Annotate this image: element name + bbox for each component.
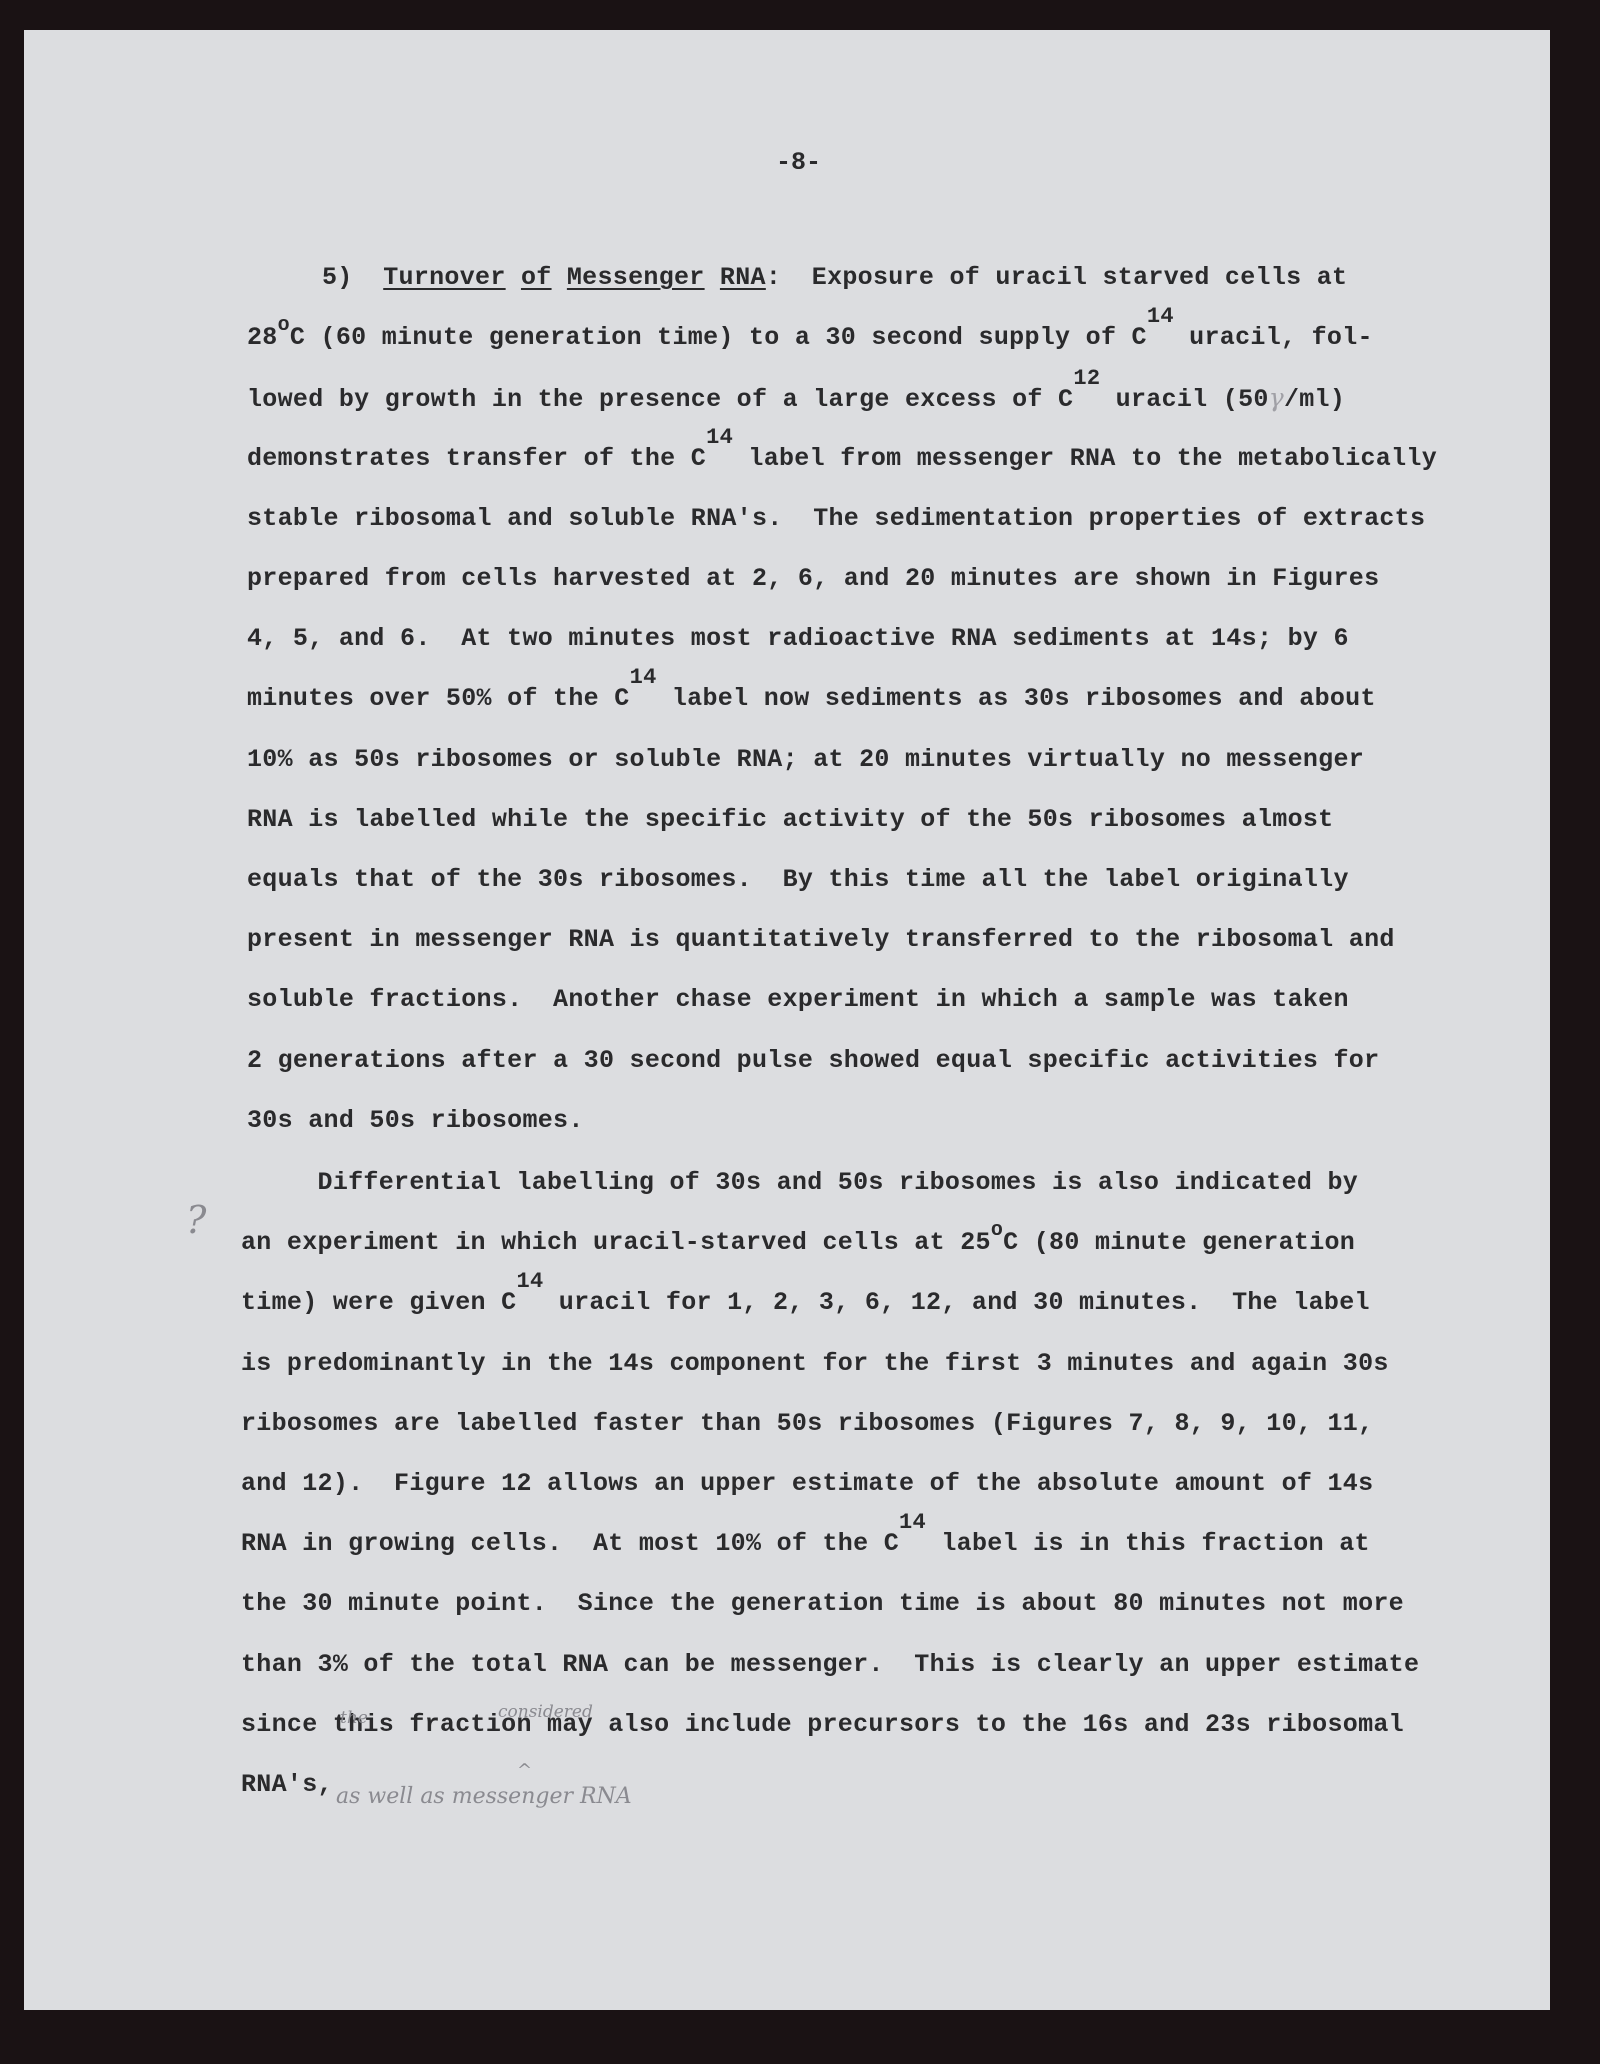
isotope-superscript: 14 [899, 1510, 926, 1535]
text: uracil, fol- [1174, 323, 1373, 352]
text: uracil for 1, 2, 3, 6, 12, and 30 minute… [543, 1288, 1369, 1317]
paragraph2-line: RNA's, [241, 1772, 333, 1797]
handwritten-insert-the: the [340, 1708, 368, 1728]
paragraph1-line: 2 generations after a 30 second pulse sh… [247, 1048, 1379, 1073]
section-title-colon: : [766, 263, 781, 292]
paragraph1-line: demonstrates transfer of the C14 label f… [247, 446, 1437, 471]
isotope-superscript: 12 [1073, 366, 1100, 391]
text: stable ribosomal and soluble RNA's. The … [247, 504, 1425, 533]
text: 28 [247, 323, 278, 352]
text: Exposure of uracil starved cells at [781, 263, 1347, 292]
text: /ml) [1284, 385, 1345, 414]
paragraph1-line: 4, 5, and 6. At two minutes most radioac… [247, 626, 1349, 651]
paragraph2-line: is predominantly in the 14s component fo… [241, 1351, 1389, 1376]
paragraph2-line: the 30 minute point. Since the generatio… [241, 1591, 1404, 1616]
paragraph1-line: prepared from cells harvested at 2, 6, a… [247, 566, 1379, 591]
text: soluble fractions. Another chase experim… [247, 985, 1349, 1014]
isotope-superscript: 14 [1147, 304, 1174, 329]
degree-symbol: o [991, 1219, 1003, 1242]
text: RNA is labelled while the specific activ… [247, 805, 1333, 834]
paragraph1-line: soluble fractions. Another chase experim… [247, 987, 1349, 1012]
paragraph2-line: RNA in growing cells. At most 10% of the… [241, 1531, 1370, 1556]
handwritten-gamma: γ [1269, 383, 1284, 412]
text: RNA's, [241, 1770, 333, 1799]
handwritten-annotation: as well as messenger RNA [336, 1784, 632, 1809]
text: prepared from cells harvested at 2, 6, a… [247, 564, 1379, 593]
paragraph1-line: lowed by growth in the presence of a lar… [247, 385, 1345, 412]
text: lowed by growth in the presence of a lar… [247, 385, 1073, 414]
paragraph1-line: 28oC (60 minute generation time) to a 30… [247, 325, 1373, 350]
paragraph2-line: than 3% of the total RNA can be messenge… [241, 1652, 1419, 1677]
document-page: -8- 5) Turnover of Messenger RNA: Exposu… [24, 30, 1550, 2010]
text: label is in this fraction at [926, 1529, 1370, 1558]
text: 10% as 50s ribosomes or soluble RNA; at … [247, 745, 1364, 774]
section-title-word: Turnover [383, 263, 505, 292]
text: uracil (50 [1100, 385, 1268, 414]
paragraph2-line: ribosomes are labelled faster than 50s r… [241, 1411, 1373, 1436]
paragraph2-line: since this fraction may also include pre… [241, 1712, 1404, 1737]
paragraph2-line: Differential labelling of 30s and 50s ri… [241, 1170, 1358, 1195]
space [552, 263, 567, 292]
paragraph2-line: time) were given C14 uracil for 1, 2, 3,… [241, 1290, 1370, 1315]
paragraph1-line: 10% as 50s ribosomes or soluble RNA; at … [247, 747, 1364, 772]
text: label from messenger RNA to the metaboli… [733, 444, 1437, 473]
paragraph1-line: equals that of the 30s ribosomes. By thi… [247, 867, 1349, 892]
space [705, 263, 720, 292]
text: ribosomes are labelled faster than 50s r… [241, 1409, 1373, 1438]
isotope-superscript: 14 [516, 1269, 543, 1294]
text: and 12). Figure 12 allows an upper estim… [241, 1469, 1373, 1498]
text: RNA in growing cells. At most 10% of the… [241, 1529, 899, 1558]
text: 30s and 50s ribosomes. [247, 1106, 584, 1135]
text: is predominantly in the 14s component fo… [241, 1349, 1389, 1378]
section-heading-line: 5) Turnover of Messenger RNA: Exposure o… [322, 265, 1347, 290]
paragraph1-line: RNA is labelled while the specific activ… [247, 807, 1333, 832]
handwritten-insert-considered: considered [498, 1702, 593, 1722]
isotope-superscript: 14 [630, 665, 657, 690]
paragraph2-line: an experiment in which uracil-starved ce… [241, 1230, 1355, 1255]
page-number: -8- [776, 148, 821, 177]
text: label now sediments as 30s ribosomes and… [657, 684, 1376, 713]
section-title-word: RNA [720, 263, 766, 292]
text: 2 generations after a 30 second pulse sh… [247, 1046, 1379, 1075]
text: C (80 minute generation [1003, 1228, 1355, 1257]
text: C (60 minute generation time) to a 30 se… [290, 323, 1147, 352]
text: 4, 5, and 6. At two minutes most radioac… [247, 624, 1349, 653]
section-number: 5) [322, 263, 383, 292]
text: equals that of the 30s ribosomes. By thi… [247, 865, 1349, 894]
text: time) were given C [241, 1288, 516, 1317]
text: the 30 minute point. Since the generatio… [241, 1589, 1404, 1618]
text: since this fraction may also include pre… [241, 1710, 1404, 1739]
degree-symbol: o [278, 314, 290, 337]
paragraph2-line: and 12). Figure 12 allows an upper estim… [241, 1471, 1373, 1496]
section-title-word: Messenger [567, 263, 705, 292]
isotope-superscript: 14 [706, 425, 733, 450]
text: than 3% of the total RNA can be messenge… [241, 1650, 1419, 1679]
text: minutes over 50% of the C [247, 684, 630, 713]
paragraph1-line: 30s and 50s ribosomes. [247, 1108, 584, 1133]
section-title-word: of [521, 263, 552, 292]
text: demonstrates transfer of the C [247, 444, 706, 473]
text: present in messenger RNA is quantitative… [247, 925, 1395, 954]
space [506, 263, 521, 292]
margin-question-mark: ? [186, 1198, 206, 1242]
paragraph1-line: present in messenger RNA is quantitative… [247, 927, 1395, 952]
text: Differential labelling of 30s and 50s ri… [241, 1168, 1358, 1197]
text: an experiment in which uracil-starved ce… [241, 1228, 991, 1257]
paragraph1-line: stable ribosomal and soluble RNA's. The … [247, 506, 1425, 531]
paragraph1-line: minutes over 50% of the C14 label now se… [247, 686, 1376, 711]
handwritten-caret: ^ [517, 1760, 532, 1781]
